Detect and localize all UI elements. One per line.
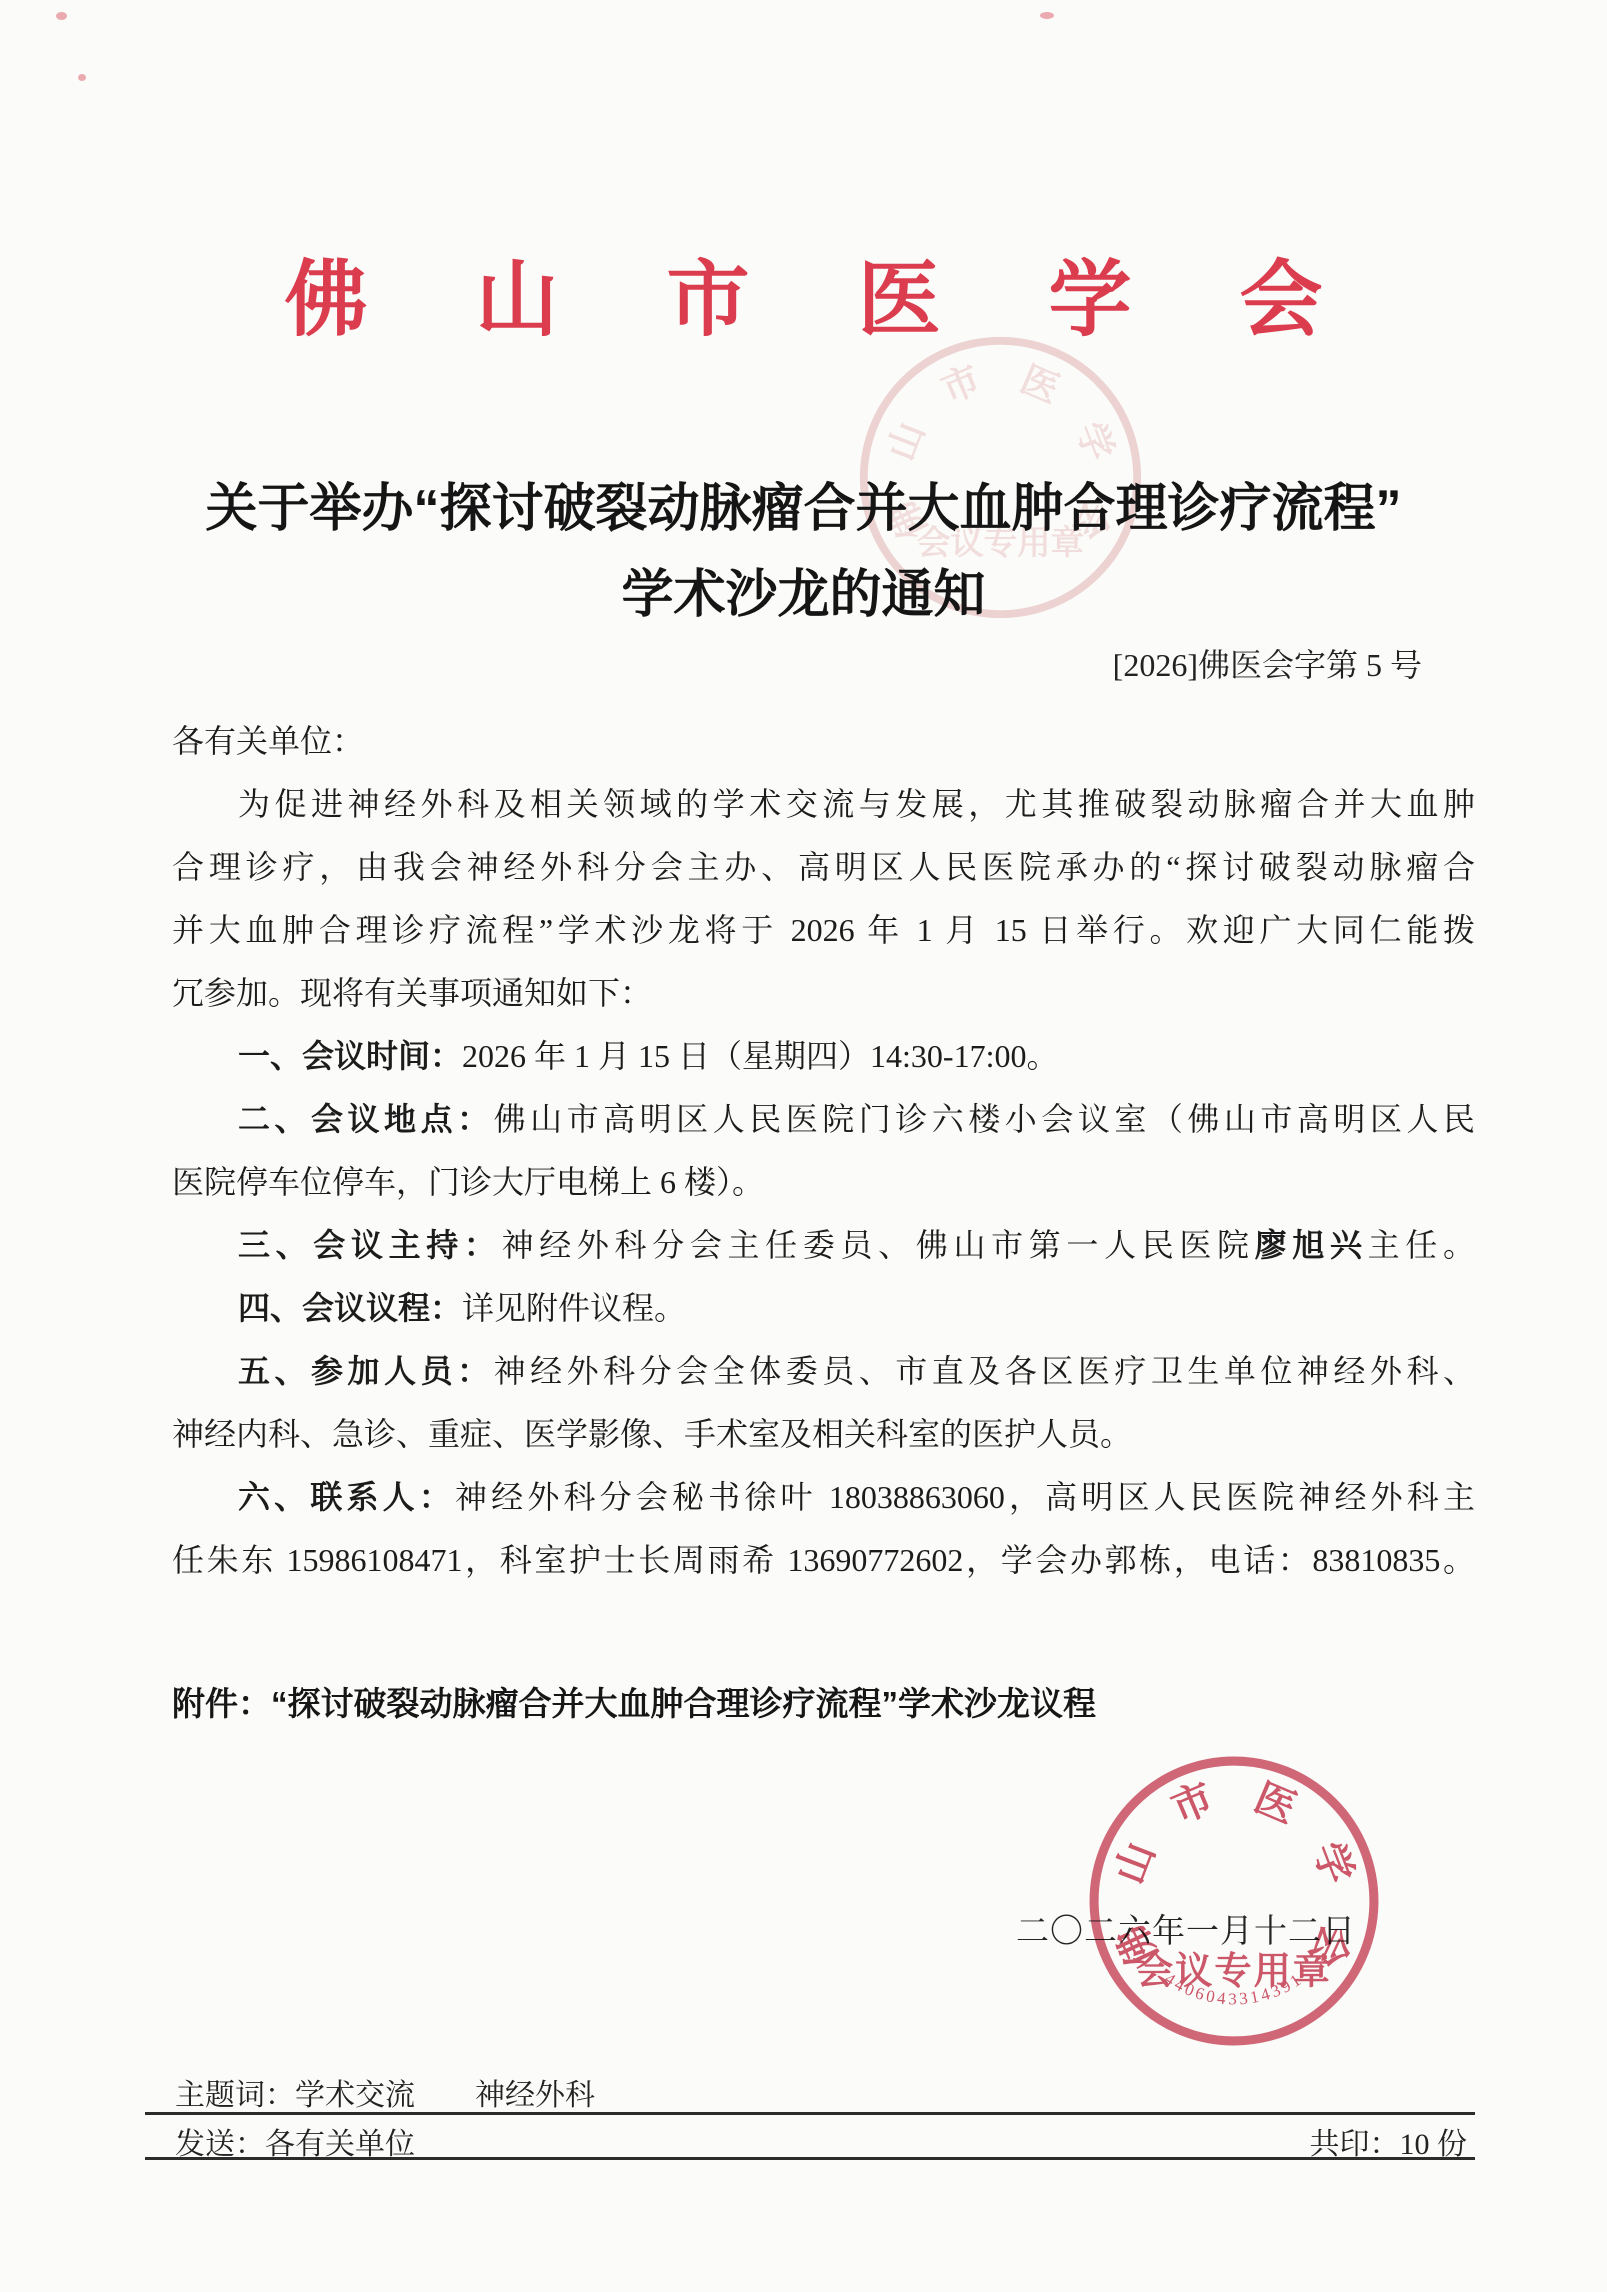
item-participants: 五、参加人员：神经外科分会全体委员、市直及各区医疗卫生单位神经外科、 xyxy=(172,1340,1475,1403)
scan-speck xyxy=(78,74,86,81)
subject-label: 主题词： xyxy=(175,2079,295,2112)
notice-title-line1: 关于举办“探讨破裂动脉瘤合并大血肿合理诊疗流程” xyxy=(0,466,1607,541)
item-text: 神经外科分会秘书徐叶 18038863060，高明区人民医院神经外科主 xyxy=(455,1479,1475,1515)
item-text: 2026 年 1 月 15 日（星期四）14:30-17:00。 xyxy=(462,1038,1058,1074)
item-label: 四、会议议程： xyxy=(238,1290,462,1326)
item-participants-cont: 神经内科、急诊、重症、医学影像、手术室及相关科室的医护人员。 xyxy=(172,1403,1475,1466)
item-meeting-time: 一、会议时间：2026 年 1 月 15 日（星期四）14:30-17:00。 xyxy=(172,1025,1475,1088)
seal-char: 学 xyxy=(1305,1836,1361,1890)
attachment-note: 附件：“探讨破裂动脉瘤合并大血肿合理诊疗流程”学术沙龙议程 xyxy=(172,1678,1096,1725)
item-text: 主任。 xyxy=(1368,1227,1475,1263)
item-label: 二、会议地点： xyxy=(238,1101,494,1137)
seal-char: 山 xyxy=(881,417,933,467)
official-seal: 佛 山 市 医 学 会 会议专用章 4406043314391 xyxy=(1083,1750,1385,2052)
paragraph-line: 为促进神经外科及相关领域的学术交流与发展，尤其推破裂动脉瘤合并大血肿 xyxy=(172,773,1475,836)
scan-speck xyxy=(1040,12,1054,19)
item-text: 神经外科分会全体委员、市直及各区医疗卫生单位神经外科、 xyxy=(494,1353,1475,1389)
seal-char: 医 xyxy=(1014,359,1064,411)
item-agenda: 四、会议议程：详见附件议程。 xyxy=(172,1277,1475,1340)
item-meeting-place: 二、会议地点：佛山市高明区人民医院门诊六楼小会议室（佛山市高明区人民 xyxy=(172,1088,1475,1151)
doc-number: [2026]佛医会字第 5 号 xyxy=(1113,640,1422,686)
host-name: 廖旭兴 xyxy=(1255,1227,1368,1263)
subject-row: 主题词：学术交流 神经外科 xyxy=(175,2070,595,2114)
paragraph-line: 并大血肿合理诊疗流程”学术沙龙将于 2026 年 1 月 15 日举行。欢迎广大… xyxy=(172,899,1475,962)
subject-terms: 学术交流 神经外科 xyxy=(295,2079,595,2112)
salutation: 各有关单位： xyxy=(172,710,1475,773)
item-label: 五、参加人员： xyxy=(238,1353,494,1389)
footer-rule-bottom xyxy=(145,2157,1475,2160)
item-text: 详见附件议程。 xyxy=(462,1290,686,1326)
seal-char: 市 xyxy=(1165,1775,1220,1832)
org-title: 佛山市医学会 xyxy=(0,232,1607,352)
paragraph-line: 冗参加。现将有关事项通知如下： xyxy=(172,962,1475,1025)
item-contacts: 六、联系人：神经外科分会秘书徐叶 18038863060，高明区人民医院神经外科… xyxy=(172,1466,1475,1529)
paragraph-line: 合理诊疗，由我会神经外科分会主办、高明区人民医院承办的“探讨破裂动脉瘤合 xyxy=(172,836,1475,899)
item-text: 任朱东 15986108471，科室护士长周雨希 13690772602，学会办… xyxy=(172,1542,1475,1578)
notice-body: 各有关单位： 为促进神经外科及相关领域的学术交流与发展，尤其推破裂动脉瘤合并大血… xyxy=(172,710,1475,1592)
item-text: 医院停车位停车，门诊大厅电梯上 6 楼）。 xyxy=(172,1164,764,1200)
seal-char: 医 xyxy=(1248,1775,1303,1832)
seal-char: 山 xyxy=(1107,1836,1163,1890)
item-label: 一、会议时间： xyxy=(238,1038,462,1074)
item-contacts-cont: 任朱东 15986108471，科室护士长周雨希 13690772602，学会办… xyxy=(172,1529,1475,1592)
item-label: 六、联系人： xyxy=(238,1479,455,1515)
item-text: 神经内科、急诊、重症、医学影像、手术室及相关科室的医护人员。 xyxy=(172,1416,1132,1452)
seal-char: 学 xyxy=(1068,417,1121,467)
item-meeting-host: 三、会议主持：神经外科分会主任委员、佛山市第一人民医院廖旭兴主任。 xyxy=(172,1214,1475,1277)
item-meeting-place-cont: 医院停车位停车，门诊大厅电梯上 6 楼）。 xyxy=(172,1151,1475,1214)
item-text: 神经外科分会主任委员、佛山市第一人民医院 xyxy=(502,1227,1255,1263)
footer-rule-top xyxy=(145,2112,1475,2115)
document-page: 佛山市医学会 佛 山 市 医 学 会 会议专用章 关于举办“探讨破裂动脉瘤合并大… xyxy=(0,0,1607,2292)
item-text: 佛山市高明区人民医院门诊六楼小会议室（佛山市高明区人民 xyxy=(494,1101,1475,1137)
seal-char: 市 xyxy=(936,358,987,411)
scan-speck xyxy=(56,12,67,20)
item-label: 三、会议主持： xyxy=(238,1227,502,1263)
notice-title-line2: 学术沙龙的通知 xyxy=(0,552,1607,627)
